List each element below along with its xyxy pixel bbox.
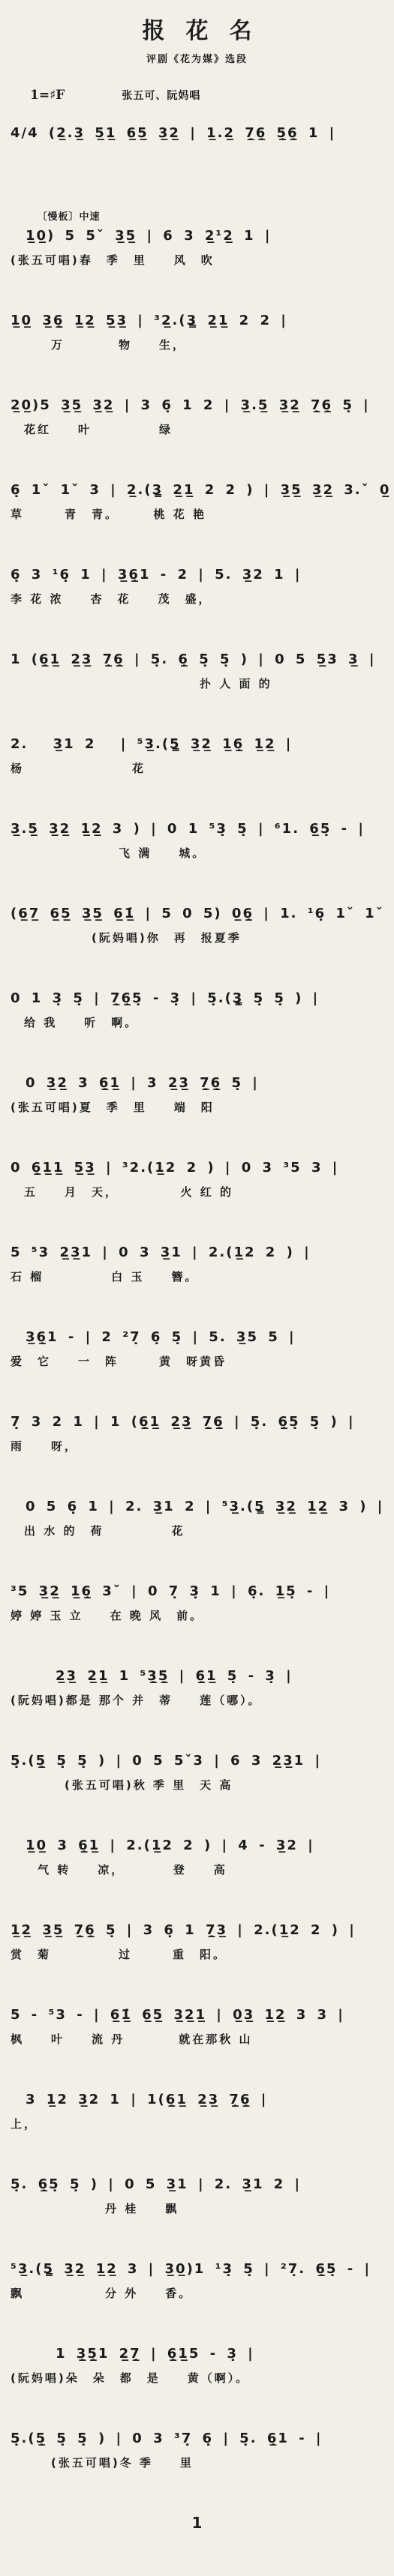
notation-line: 1 (6̲̣1̲ 2̲3̲ 7̲̣6̲̣ | 5̣. 6̲̣ 5̣ 5̣ ) |… xyxy=(11,650,383,669)
key-signature: 1=♯F xyxy=(30,88,65,103)
music-system: 5̣.(5̲̣ 5̣ 5̣ ) | 0 3 ³7̣ 6̣ | 5̣. 6̲̣1 … xyxy=(11,2429,383,2471)
music-system: 1 3̲̣5̲̣1 2̲7̲̣ | 6̲̣1̲5 - 3̣ | (阮妈唱)朵 朵… xyxy=(11,2344,383,2386)
notation-line: 6̣ 1ˇ 1ˇ 3 | 2̲.(3̳ 2̲1̲ 2 2 ) | 3̲5̲ 3̲… xyxy=(11,481,383,500)
notation-line: ³5 3̲2̲ 1̲6̲̣ 3ˇ | 0 7̣ 3̣ 1 | 6̣. 1̲5̣ … xyxy=(11,1582,383,1601)
lyrics-line: 飞 满 城。 xyxy=(11,845,383,861)
lyrics-line: 草 青 青。 桃 花 艳 xyxy=(11,506,383,523)
notation-line: 2. 3̲1 2 | ⁵3̲.(5̳ 3̲2̲ 1̲6̲̣ 1̲2̲ | xyxy=(11,735,383,754)
tempo-marking: 〔慢板〕中速 xyxy=(11,208,383,223)
page-title: 报花名 xyxy=(11,12,383,45)
music-system: 3 1̲2 3̲2 1 | 1(6̲̣1̲ 2̲3̲ 7̲̣6̲̣ | 上， xyxy=(11,2090,383,2132)
notation-line: 1 3̲̣5̲̣1 2̲7̲̣ | 6̲̣1̲5 - 3̣ | xyxy=(11,2344,383,2364)
music-system: 0 1 3̣ 5̣ | 7̲̣6̲̣5̣ - 3̣ | 5̣.(3̣̳ 5̣ 5… xyxy=(11,989,383,1031)
lyrics-line: 丹 桂 飘 xyxy=(11,2200,383,2217)
notation-line: 5̣.(5̲̣ 5̣ 5̣ ) | 0 5 5ˇ3 | 6 3 2̲3̲1 | xyxy=(11,1751,383,1771)
lyrics-line: (张五可唱)秋 季 里 天 高 xyxy=(11,1777,383,1793)
music-system: 2. 3̲1 2 | ⁵3̲.(5̳ 3̲2̲ 1̲6̲̣ 1̲2̲ | 杨 花 xyxy=(11,735,383,777)
music-system: 0 6̲̣1̲1̲ 5̲3̲ | ³2.(1̲2 2 ) | 0 3 ³5 3 … xyxy=(11,1158,383,1200)
music-system: 6̣ 3 ¹6̣ 1 | 3̲6̲̣1 - 2 | 5. 3̲2 1 | 李 花… xyxy=(11,565,383,607)
music-system: 3̲.5̲ 3̲2̲ 1̲2̲ 3 ) | 0 1 ⁵3̣ 5̣ | ⁶1. 6… xyxy=(11,819,383,861)
notation-line: 4/4 (2̲.3̲ 5̲1̲ 6̲5̲ 3̲2̲ | 1̲.2̲ 7̲̣6̲̣… xyxy=(11,124,383,143)
music-system: 6̣ 1ˇ 1ˇ 3 | 2̲.(3̳ 2̲1̲ 2 2 ) | 3̲5̲ 3̲… xyxy=(11,481,383,523)
music-system: 〔慢板〕中速 1̲0̲) 5 5ˇ 3̲5̲ | 6 3 2̲¹2̲ 1 | (… xyxy=(11,208,383,268)
lyrics-line: 石 榴 白 玉 簪。 xyxy=(11,1269,383,1285)
notation-line: 5 ⁵3 2̲3̲1 | 0 3 3̲1 | 2.(1̲2 2 ) | xyxy=(11,1243,383,1263)
lyrics-line: 枫 叶 流 丹 就在那秋 山 xyxy=(11,2031,383,2047)
music-system: 5 ⁵3 2̲3̲1 | 0 3 3̲1 | 2.(1̲2 2 ) | 石 榴 … xyxy=(11,1243,383,1285)
notation-line: 1̲0̲ 3 6̲̣1̲ | 2.(1̲2 2 ) | 4 - 3̲2 | xyxy=(11,1836,383,1856)
music-system: 1̲2̲ 3̲5̲ 7̲̣6̲̣ 5̣ | 3 6̣ 1 7̲̣3̲ | 2.(… xyxy=(11,1921,383,1963)
music-system: 2̲0̲)5 3̲5̲ 3̲2̲ | 3 6̣ 1 2 | 3̲.5̲ 3̲2̲… xyxy=(11,396,383,438)
lyrics-line: 上， xyxy=(11,2116,383,2132)
notation-line: 3̲6̲̣1 - | 2 ²7̣ 6̣ 5̣ | 5. 3̲5 5 | xyxy=(11,1328,383,1347)
lyrics-line: 雨 呀， xyxy=(11,1438,383,1454)
notation-line: 5̣. 6̲̣5̣ 5̣ ) | 0 5 3̲1 | 2. 3̲1 2 | xyxy=(11,2175,383,2194)
music-system: 5 - ⁵3 - | 6̲1̲̇ 6̲5̲ 3̲2̲1̲ | 0̲3̲ 1̲2̲… xyxy=(11,2005,383,2047)
lyrics-line: (阮妈唱)都是 那个 并 蒂 莲（哪）。 xyxy=(11,1692,383,1709)
lyrics-line: 爱 它 一 阵 黄 呀黄昏 xyxy=(11,1353,383,1370)
lyrics-line: 气 转 凉， 登 高 xyxy=(11,1862,383,1878)
music-system: 1 (6̲̣1̲ 2̲3̲ 7̲̣6̲̣ | 5̣. 6̲̣ 5̣ 5̣ ) |… xyxy=(11,650,383,692)
notation-line: 1̲0̲ 3̲6̲̣ 1̲2̲ 5̲3̲ | ³2̲.(3̳ 2̲1̲ 2 2 … xyxy=(11,311,383,331)
notation-line: 5 - ⁵3 - | 6̲1̲̇ 6̲5̲ 3̲2̲1̲ | 0̲3̲ 1̲2̲… xyxy=(11,2005,383,2025)
lyrics-line: (阮妈唱)你 再 报夏季 xyxy=(11,930,383,946)
notation-line: 1̲2̲ 3̲5̲ 7̲̣6̲̣ 5̣ | 3 6̣ 1 7̲̣3̲ | 2.(… xyxy=(11,1921,383,1940)
performers: 张五可、阮妈唱 xyxy=(122,88,200,103)
score-page: 报花名 评剧《花为媒》选段 1=♯F 张五可、阮妈唱 4/4 (2̲.3̲ 5̲… xyxy=(0,0,394,2576)
score-body: 4/4 (2̲.3̲ 5̲1̲ 6̲5̲ 3̲2̲ | 1̲.2̲ 7̲̣6̲̣… xyxy=(11,124,383,2471)
music-system: (6̲7̲ 6̲5̲ 3̲5̲ 6̲1̲̇ | 5 0 5) 0̲6̲̣ | 1… xyxy=(11,904,383,946)
lyrics-line: 给 我 听 啊。 xyxy=(11,1014,383,1031)
page-subtitle: 评剧《花为媒》选段 xyxy=(11,51,383,65)
notation-line: 5̣.(5̲̣ 5̣ 5̣ ) | 0 3 ³7̣ 6̣ | 5̣. 6̲̣1 … xyxy=(11,2429,383,2449)
music-system: ⁵3̲.(5̳ 3̲2̲ 1̲2̲ 3 | 3̲0̲)1 ¹3̣ 5̣ | ²7… xyxy=(11,2260,383,2302)
lyrics-line: 李 花 浓 杏 花 茂 盛， xyxy=(11,591,383,607)
notation-line: 0 3̲2̲ 3 6̲̣1̲ | 3 2̲3̲ 7̲̣6̲̣ 5̣ | xyxy=(11,1074,383,1093)
notation-line: 3 1̲2 3̲2 1 | 1(6̲̣1̲ 2̲3̲ 7̲̣6̲̣ | xyxy=(11,2090,383,2110)
music-system: 0 3̲2̲ 3 6̲̣1̲ | 3 2̲3̲ 7̲̣6̲̣ 5̣ | (张五可… xyxy=(11,1074,383,1116)
lyrics-line: 五 月 天， 火 红 的 xyxy=(11,1184,383,1200)
lyrics-line xyxy=(11,149,383,166)
score-meta: 1=♯F 张五可、阮妈唱 xyxy=(11,88,383,103)
notation-line: 7̣ 3 2 1 | 1 (6̲̣1̲ 2̲3̲ 7̲̣6̲̣ | 5̣. 6̲… xyxy=(11,1412,383,1432)
lyrics-line: 杨 花 xyxy=(11,760,383,777)
notation-line: 1̲0̲) 5 5ˇ 3̲5̲ | 6 3 2̲¹2̲ 1 | xyxy=(11,226,383,246)
notation-line: 6̣ 3 ¹6̣ 1 | 3̲6̲̣1 - 2 | 5. 3̲2 1 | xyxy=(11,565,383,585)
notation-line: 3̲.5̲ 3̲2̲ 1̲2̲ 3 ) | 0 1 ⁵3̣ 5̣ | ⁶1. 6… xyxy=(11,819,383,839)
notation-line: ⁵3̲.(5̳ 3̲2̲ 1̲2̲ 3 | 3̲0̲)1 ¹3̣ 5̣ | ²7… xyxy=(11,2260,383,2279)
lyrics-line: 赏 菊 过 重 阳。 xyxy=(11,1946,383,1963)
music-system: 5̣. 6̲̣5̣ 5̣ ) | 0 5 3̲1 | 2. 3̲1 2 | 丹 … xyxy=(11,2175,383,2217)
notation-line: 2̲3̲ 2̲1̲ 1 ⁵3̲̣5̲̣ | 6̲̣1̲ 5̣ - 3̣ | xyxy=(11,1667,383,1686)
notation-line: 0 5 6̣ 1 | 2. 3̲1 2 | ⁵3̲.(5̳ 3̲2̲ 1̲2̲ … xyxy=(11,1497,383,1517)
notation-line: 0 6̲̣1̲1̲ 5̲3̲ | ³2.(1̲2 2 ) | 0 3 ³5 3 … xyxy=(11,1158,383,1178)
music-system: 3̲6̲̣1 - | 2 ²7̣ 6̣ 5̣ | 5. 3̲5 5 | 爱 它 … xyxy=(11,1328,383,1370)
lyrics-line: (张五可唱)冬 季 里 xyxy=(11,2455,383,2471)
notation-line: 0 1 3̣ 5̣ | 7̲̣6̲̣5̣ - 3̣ | 5̣.(3̣̳ 5̣ 5… xyxy=(11,989,383,1008)
lyrics-line: (张五可唱)春 季 里 风 吹 xyxy=(11,252,383,268)
music-system: 2̲3̲ 2̲1̲ 1 ⁵3̲̣5̲̣ | 6̲̣1̲ 5̣ - 3̣ | (阮… xyxy=(11,1667,383,1709)
music-system: 4/4 (2̲.3̲ 5̲1̲ 6̲5̲ 3̲2̲ | 1̲.2̲ 7̲̣6̲̣… xyxy=(11,124,383,166)
notation-line: (6̲7̲ 6̲5̲ 3̲5̲ 6̲1̲̇ | 5 0 5) 0̲6̲̣ | 1… xyxy=(11,904,383,924)
music-system: 5̣.(5̲̣ 5̣ 5̣ ) | 0 5 5ˇ3 | 6 3 2̲3̲1 | … xyxy=(11,1751,383,1793)
music-system: 1̲0̲ 3̲6̲̣ 1̲2̲ 5̲3̲ | ³2̲.(3̳ 2̲1̲ 2 2 … xyxy=(11,311,383,353)
lyrics-line: 花红 叶 绿 xyxy=(11,421,383,438)
lyrics-line: 婷 婷 玉 立 在 晚 风 前。 xyxy=(11,1607,383,1624)
page-number: 1 xyxy=(11,2514,383,2532)
music-system: 0 5 6̣ 1 | 2. 3̲1 2 | ⁵3̲.(5̳ 3̲2̲ 1̲2̲ … xyxy=(11,1497,383,1539)
lyrics-line: 出 水 的 荷 花 xyxy=(11,1523,383,1539)
notation-line: 2̲0̲)5 3̲5̲ 3̲2̲ | 3 6̣ 1 2 | 3̲.5̲ 3̲2̲… xyxy=(11,396,383,415)
music-system: 7̣ 3 2 1 | 1 (6̲̣1̲ 2̲3̲ 7̲̣6̲̣ | 5̣. 6̲… xyxy=(11,1412,383,1454)
lyrics-line: (张五可唱)夏 季 里 端 阳 xyxy=(11,1099,383,1116)
music-system: 1̲0̲ 3 6̲̣1̲ | 2.(1̲2 2 ) | 4 - 3̲2 | 气 … xyxy=(11,1836,383,1878)
lyrics-line: 扑 人 面 的 xyxy=(11,675,383,692)
lyrics-line: 飘 分 外 香。 xyxy=(11,2285,383,2302)
music-system: ³5 3̲2̲ 1̲6̲̣ 3ˇ | 0 7̣ 3̣ 1 | 6̣. 1̲5̣ … xyxy=(11,1582,383,1624)
lyrics-line: 万 物 生， xyxy=(11,337,383,353)
lyrics-line: (阮妈唱)朵 朵 都 是 黄（啊）。 xyxy=(11,2370,383,2386)
